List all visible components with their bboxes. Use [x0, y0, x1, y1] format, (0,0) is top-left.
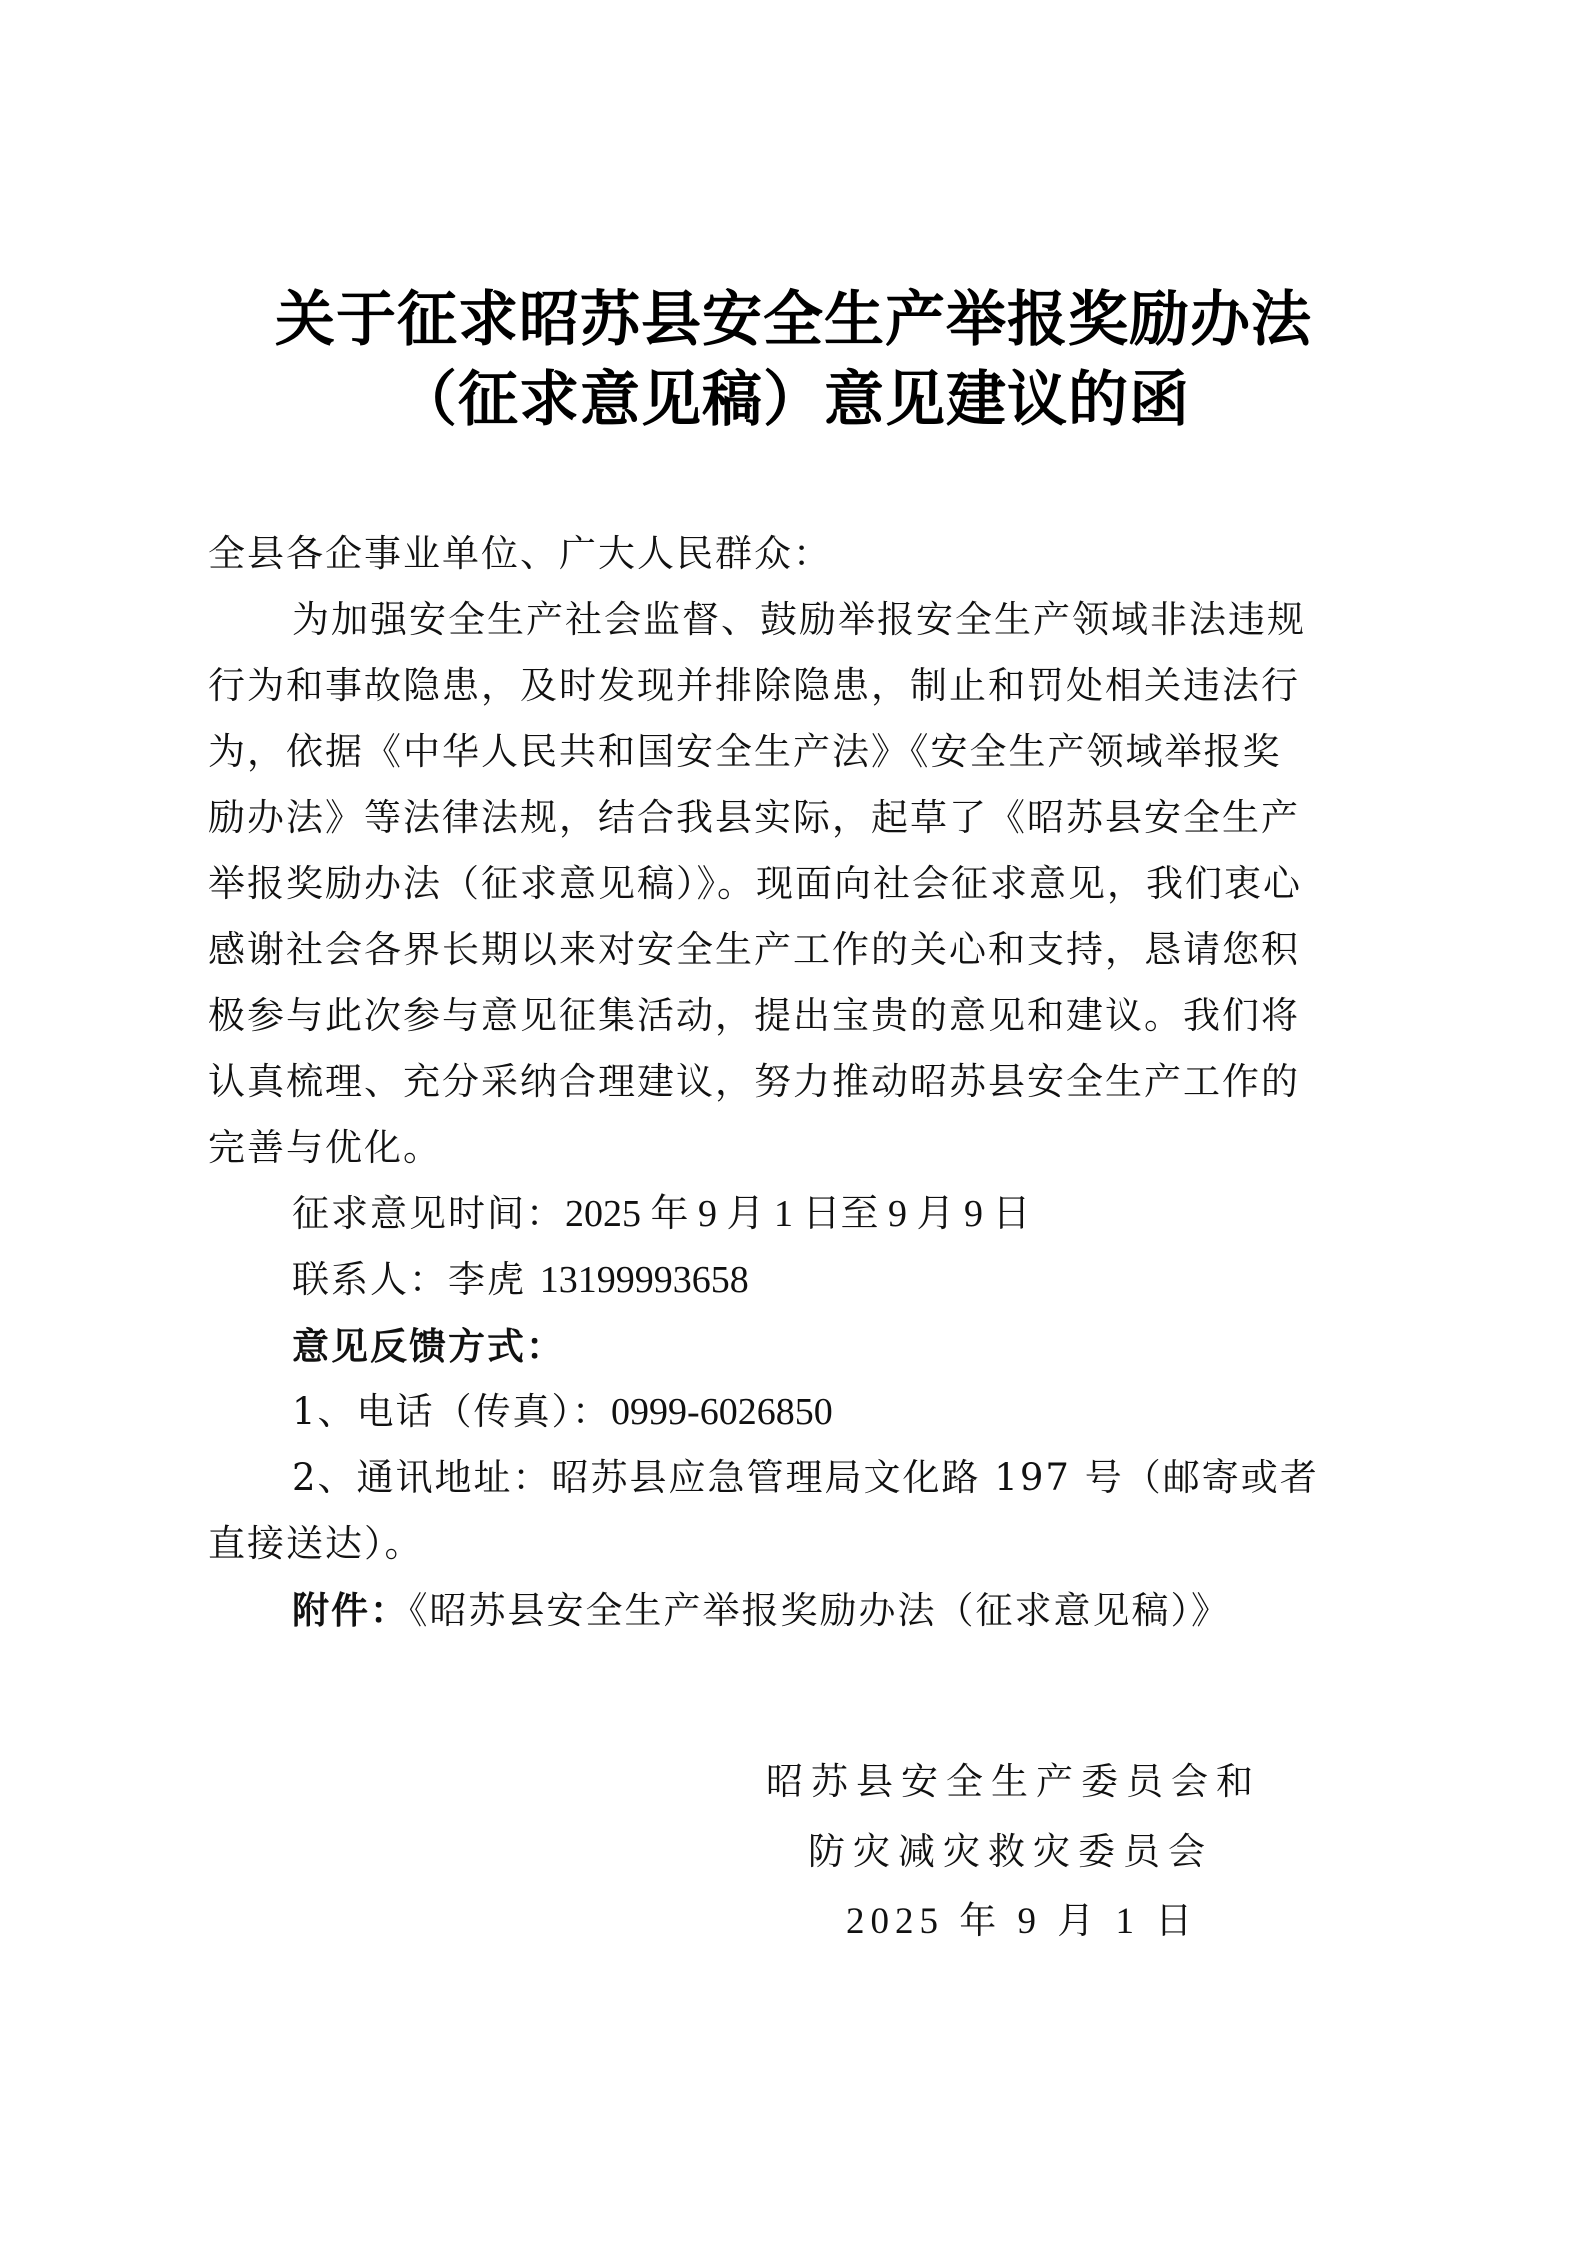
feedback-item-address-continuation: 直接送达）。	[208, 1522, 424, 1566]
body-line-1: 为加强安全生产社会监督、鼓励举报安全生产领域非法违规	[292, 598, 1306, 642]
document-title-line-2: （征求意见稿）意见建议的函	[0, 370, 1587, 430]
consultation-period: 征求意见时间：2025 年 9 月 1 日至 9 月 9 日	[292, 1192, 1031, 1236]
signature-org-line-1: 昭苏县安全生产委员会和	[766, 1760, 1261, 1804]
body-line-3: 为，依据《中华人民共和国安全生产法》《安全生产领域举报奖	[208, 730, 1282, 774]
body-line-2: 行为和事故隐患，及时发现并排除隐患，制止和罚处相关违法行	[208, 664, 1300, 708]
body-line-8: 认真梳理、充分采纳合理建议，努力推动昭苏县安全生产工作的	[208, 1060, 1300, 1104]
feedback-heading: 意见反馈方式：	[292, 1324, 565, 1368]
body-line-5: 举报奖励办法（征求意见稿）》。现面向社会征求意见，我们衷心	[208, 862, 1302, 906]
signature-date: 2025 年 9 月 1 日	[846, 1900, 1198, 1944]
body-line-4: 励办法》等法律法规，结合我县实际，起草了《昭苏县安全生产	[208, 796, 1300, 840]
feedback-item-phone: 1、电话（传真）：0999-6026850	[292, 1390, 833, 1434]
body-line-9: 完善与优化。	[208, 1126, 442, 1170]
feedback-item-phone-value: 0999-6026850	[611, 1391, 833, 1433]
salutation: 全县各企事业单位、广大人民群众：	[208, 532, 832, 576]
feedback-item-phone-label: 1、电话（传真）：	[292, 1390, 611, 1433]
body-line-6: 感谢社会各界长期以来对安全生产工作的关心和支持，恳请您积	[208, 928, 1300, 972]
attachment-value: 《昭苏县安全生产举报奖励办法（征求意见稿）》	[409, 1589, 1230, 1632]
contact-phone: 13199993658	[540, 1259, 749, 1301]
contact-line: 联系人：李虎 13199993658	[292, 1258, 749, 1302]
feedback-item-address-label: 2、通讯地址：	[292, 1456, 552, 1499]
feedback-item-address: 2、通讯地址：昭苏县应急管理局文化路 197 号（邮寄或者	[292, 1456, 1319, 1500]
body-line-7: 极参与此次参与意见征集活动，提出宝贵的意见和建议。我们将	[208, 994, 1300, 1038]
contact-name: 李虎	[448, 1258, 526, 1301]
feedback-item-address-value: 昭苏县应急管理局文化路 197 号（邮寄或者	[552, 1456, 1319, 1499]
signature-org-line-2: 防灾减灾救灾委员会	[808, 1830, 1213, 1874]
attachment-line: 附件：《昭苏县安全生产举报奖励办法（征求意见稿）》	[292, 1588, 1230, 1633]
consultation-period-value: 2025 年 9 月 1 日至 9 月 9 日	[565, 1193, 1031, 1235]
document-page: 关于征求昭苏县安全生产举报奖励办法 （征求意见稿）意见建议的函 全县各企事业单位…	[0, 0, 1587, 2245]
attachment-label: 附件：	[292, 1588, 409, 1632]
contact-label: 联系人：	[292, 1258, 448, 1301]
document-title-line-1: 关于征求昭苏县安全生产举报奖励办法	[0, 290, 1587, 350]
consultation-period-label: 征求意见时间：	[292, 1192, 565, 1235]
